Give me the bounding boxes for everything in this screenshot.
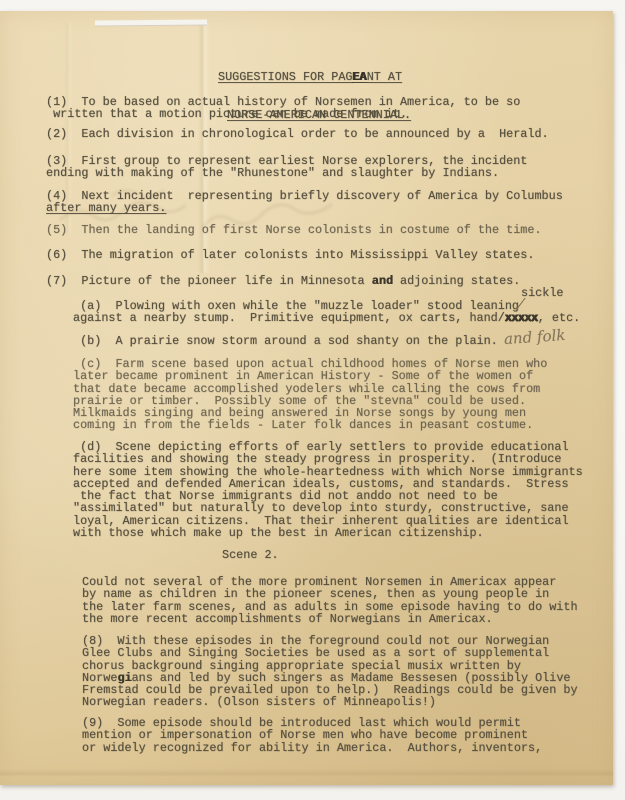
scan-background: SUGGESTIONS FOR PAGEANT AT NORSE-AMERICA…: [0, 0, 625, 800]
item-5: (5) Then the landing of first Norse colo…: [46, 224, 542, 236]
overstruck-word: and: [372, 274, 393, 288]
scene-2-paragraph: Could not several of the more prominent …: [82, 576, 578, 625]
title-line-1: SUGGESTIONS FOR PAGEANT AT: [218, 71, 411, 85]
item-7: (7) Picture of the pioneer life in Minne…: [46, 275, 520, 287]
sickle-insertion-note: sickle: [521, 287, 563, 299]
overstrike-correction: EA: [353, 70, 367, 84]
item-8: (8) With these episodes in the foregroun…: [82, 635, 578, 709]
item-2: (2) Each division in chronological order…: [46, 128, 549, 140]
paper-crease: [0, 769, 613, 777]
handwritten-annotation: and folk: [504, 328, 566, 347]
paper-tear-notch: [95, 20, 207, 27]
underlined-phrase: after many years.: [46, 201, 166, 215]
item-6: (6) The migration of later colonists int…: [46, 249, 534, 261]
item-9: (9) Some episode should be introduced la…: [82, 717, 542, 754]
subitem-b: (b) A prairie snow storm around a sod sh…: [73, 335, 498, 347]
item-7-text: (7) Picture of the pioneer life in Minne…: [46, 274, 372, 288]
subitem-c: (c) Farm scene based upon actual childho…: [73, 358, 547, 432]
item-8-text: ans and led by such singers as Madame Be…: [82, 671, 578, 710]
title-text: SUGGESTIONS FOR PAG: [218, 70, 353, 84]
item-7-text: adjoining states.: [393, 274, 520, 288]
subitem-a: (a) Plowing with oxen while the "muzzle …: [73, 300, 580, 325]
subitem-a-text: (a) Plowing with oxen while the "muzzle …: [73, 299, 519, 325]
subitem-a-text: , etc.: [538, 311, 580, 325]
title-text: NT AT: [367, 70, 402, 84]
subitem-d: (d) Scene depicting efforts of early set…: [73, 441, 583, 539]
item-4: (4) Next incident representing briefly d…: [46, 190, 563, 215]
item-3: (3) First group to represent earliest No…: [46, 155, 527, 180]
item-1: (1) To be based on actual history of Nor…: [46, 96, 520, 121]
scene-2-heading: Scene 2.: [222, 549, 279, 561]
